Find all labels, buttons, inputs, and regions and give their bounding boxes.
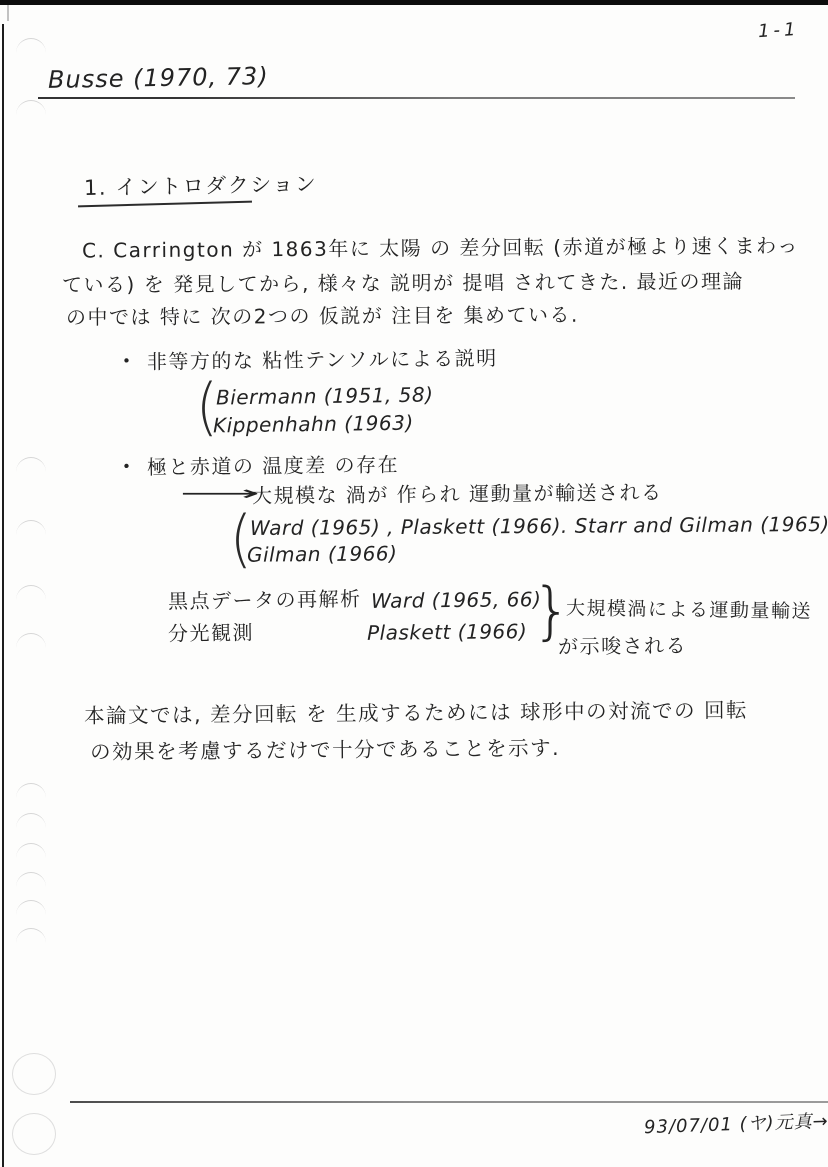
evidence-label: 黒点データの再解析	[168, 583, 362, 615]
hypothesis-item: •非等方的な 粘性テンソルによる説明	[122, 342, 498, 375]
hypothesis-title: 極と赤道の 温度差 の存在	[147, 453, 399, 480]
hypothesis-item: •極と赤道の 温度差 の存在	[122, 449, 399, 481]
hole-punch-mark	[16, 813, 46, 828]
right-arrow-icon: ⟶	[180, 481, 260, 505]
scan-left-edge	[2, 24, 4, 1167]
title-underline	[38, 97, 795, 99]
hypothesis-title: 非等方的な 粘性テンソルによる説明	[147, 346, 498, 374]
evidence-ref: Plaskett (1966)	[367, 619, 527, 645]
scan-top-edge	[0, 0, 828, 5]
hole-punch-mark	[16, 457, 46, 472]
hole-punch-mark	[16, 633, 46, 648]
section-heading: 1. イントロダクション	[84, 168, 318, 202]
reference-line: Kippenhahn (1963)	[213, 411, 414, 438]
hole-punch-mark	[16, 783, 46, 798]
hole-punch-mark	[16, 928, 46, 943]
evidence-ref: Ward (1965, 66)	[371, 587, 542, 613]
conclusion-line: の効果を考慮するだけで十分であることを示す.	[90, 731, 560, 765]
hole-punch-mark	[16, 585, 46, 600]
bullet-icon: •	[122, 457, 131, 475]
hole-punch-mark	[16, 872, 46, 887]
page-title: Busse (1970, 73)	[48, 62, 269, 94]
conclusion-line: 本論文では, 差分回転 を 生成するためには 球形中の対流での 回転	[84, 693, 748, 729]
evidence-note-line: が示唆される	[558, 629, 687, 659]
hole-punch-mark	[16, 843, 46, 858]
intro-line: ている) を 発見してから, 様々な 説明が 提唱 されてきた. 最近の理論	[62, 265, 744, 298]
consequence-note: 大規模な 渦が 作られ 運動量が輸送される	[252, 476, 663, 509]
date-signature: 93/07/01 (ヤ)元真→	[644, 1107, 828, 1139]
scanned-note-page: 1-1 Busse (1970, 73) 1. イントロダクション C. Car…	[0, 0, 828, 1167]
intro-line: の中では 特に 次の2つの 仮説が 注目を 集めている.	[66, 299, 579, 331]
page-number: 1-1	[757, 19, 799, 42]
reference-line: Biermann (1951, 58)	[216, 382, 434, 409]
hole-punch-mark	[16, 100, 46, 115]
footer-rule	[70, 1101, 828, 1103]
hole-punch-circle	[12, 1053, 56, 1095]
hole-punch-mark	[16, 900, 46, 915]
intro-line: C. Carrington が 1863年に 太陽 の 差分回転 (赤道が極より…	[82, 229, 799, 263]
scan-edge-tick	[7, 5, 9, 21]
evidence-label: 分光観測	[168, 616, 254, 646]
reference-line: Ward (1965) , Plaskett (1966). Starr and…	[250, 512, 828, 540]
bullet-icon: •	[122, 352, 131, 370]
hole-punch-circle	[12, 1113, 56, 1155]
evidence-note-line: 大規模渦による運動量輸送	[566, 593, 812, 623]
hole-punch-mark	[16, 38, 46, 53]
reference-line: Gilman (1966)	[247, 541, 398, 567]
hole-punch-mark	[16, 520, 46, 535]
